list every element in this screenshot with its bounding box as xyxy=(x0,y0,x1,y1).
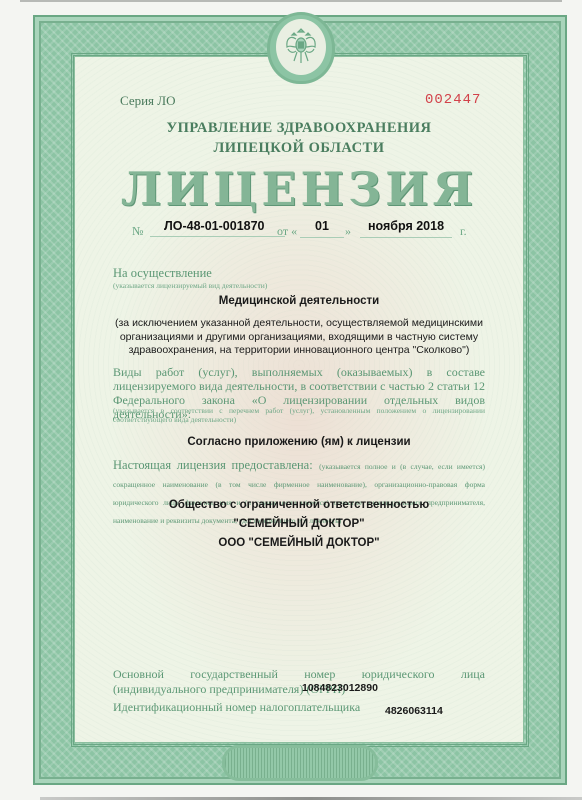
org-short-name: ООО "СЕМЕЙНЫЙ ДОКТОР" xyxy=(75,537,523,549)
grantee-label: Настоящая лицензия предоставлена: xyxy=(113,458,313,472)
ogrn-label: Основной государственный номер юридическ… xyxy=(113,667,485,697)
document-title: ЛИЦЕНЗИЯ xyxy=(75,162,523,216)
series-label: Серия ЛО xyxy=(120,93,176,109)
authority-line-1: УПРАВЛЕНИЕ ЗДРАВООХРАНЕНИЯ xyxy=(75,118,523,138)
license-number: ЛО-48-01-001870 xyxy=(150,219,285,237)
date-suffix: г. xyxy=(460,224,467,239)
ogrn-value: 1084823012890 xyxy=(302,682,378,694)
inn-value: 4826063114 xyxy=(385,705,443,717)
org-name: "СЕМЕЙНЫЙ ДОКТОР" xyxy=(75,518,523,530)
works-value: Согласно приложению (ям) к лицензии xyxy=(75,436,523,448)
inn-label: Идентификационный номер налогоплательщик… xyxy=(113,700,360,715)
date-prefix: от « xyxy=(277,224,297,239)
activity-label: На осуществление xyxy=(113,266,212,281)
number-sign: № xyxy=(132,224,143,239)
activity-exception: (за исключением указанной деятельности, … xyxy=(103,317,495,358)
date-day: 01 xyxy=(300,219,344,238)
date-quote-close: » xyxy=(345,224,351,239)
russian-coat-of-arms-icon xyxy=(276,19,326,75)
scan-edge-top xyxy=(20,0,562,2)
org-legal-form: Общество с ограниченной ответственностью xyxy=(75,499,523,511)
issuing-authority: УПРАВЛЕНИЕ ЗДРАВООХРАНЕНИЯ ЛИПЕЦКОЙ ОБЛА… xyxy=(75,118,523,158)
bottom-cartouche xyxy=(225,748,375,778)
serial-number: 002447 xyxy=(425,92,481,108)
date-month-year: ноября 2018 xyxy=(360,219,452,238)
license-number-row: № ЛО-48-01-001870 от « 01 » ноября 2018 … xyxy=(132,218,472,240)
authority-line-2: ЛИПЕЦКОЙ ОБЛАСТИ xyxy=(75,138,523,158)
activity-caption: (указывается лицензируемый вид деятельно… xyxy=(113,281,267,290)
works-caption: (указывается в соответствии с перечнем р… xyxy=(113,406,485,424)
activity-value: Медицинской деятельности xyxy=(75,295,523,307)
